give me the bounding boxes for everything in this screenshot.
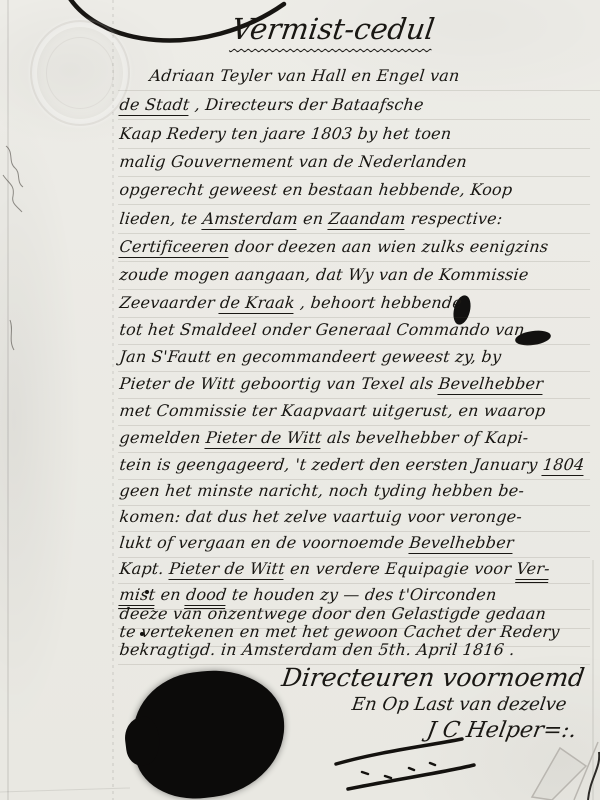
manuscript-line: Certificeeren door deezen aan wien zulks…: [118, 235, 593, 262]
double-underlined-text: Ver-: [515, 559, 551, 583]
line-text: Jan S'Fautt en gecommandeert geweest zy,…: [119, 347, 503, 366]
line-text: en verdere Equipagie voor: [284, 559, 517, 578]
underlined-text: Certificeeren: [118, 237, 230, 258]
manuscript-line: opgerecht geweest en bestaan hebbende, K…: [118, 178, 593, 205]
underlined-text: Amsterdam: [201, 209, 298, 230]
manuscript-line: malig Gouvernement van de Nederlanden: [118, 150, 593, 177]
closing-line-on-behalf: En Op Last van dezelve: [350, 694, 567, 715]
manuscript-line: tot het Smaldeel onder Generaal Commando…: [118, 318, 593, 345]
closing-text: Directeuren voornoemd: [280, 663, 586, 692]
line-text: bekragtigd. in Amsterdam den 5th. April …: [119, 640, 516, 659]
line-text: Zeevaarder: [119, 293, 221, 312]
underlined-text: de Kraak: [219, 293, 296, 314]
document-title: Vermist-cedul: [230, 12, 437, 46]
manuscript-line: met Commissie ter Kaapvaart uitgerust, e…: [118, 399, 593, 426]
document-title-text: Vermist-cedul: [230, 12, 437, 46]
line-text: geen het minste naricht, noch tyding heb…: [119, 481, 526, 500]
line-text: komen: dat dus het zelve vaartuig voor v…: [119, 507, 523, 526]
pencil-sketch: [532, 742, 599, 800]
line-text: door deezen aan wien zulks eenigzins: [229, 237, 550, 256]
underlined-text: de Stadt: [118, 95, 190, 116]
underlined-text: Zaandam: [327, 209, 406, 230]
line-text: malig Gouvernement van de Nederlanden: [119, 152, 468, 171]
manuscript-line: lieden, te Amsterdam en Zaandam respecti…: [118, 207, 593, 234]
signature: J C Helper=:.: [424, 718, 578, 743]
underlined-text: Bevelhebber: [437, 374, 544, 395]
manuscript-line: Kapt. Pieter de Witt en verdere Equipagi…: [118, 557, 593, 584]
line-text: Kaap Redery ten jaare 1803 by het toen: [119, 124, 453, 143]
signature-flourish: [336, 739, 474, 789]
underlined-text: 1804: [542, 455, 586, 476]
line-text: , Directeurs der Bataafsche: [189, 95, 425, 114]
manuscript-line: tein is geengageerd, 't zedert den eerst…: [118, 453, 593, 480]
line-text: respective:: [405, 209, 504, 228]
embossed-stamp: [30, 20, 130, 126]
line-text: tein is geengageerd, 't zedert den eerst…: [119, 455, 544, 474]
line-text: als bevelhebber of Kapi-: [321, 428, 530, 447]
closing-text: En Op Last van dezelve: [350, 694, 567, 715]
manuscript-line: lukt of vergaan en de voornoemde Bevelhe…: [118, 531, 593, 558]
manuscript-line: zoude mogen aangaan, dat Wy van de Kommi…: [118, 263, 593, 290]
manuscript-line: Adriaan Teyler van Hall en Engel van: [118, 64, 600, 91]
line-text: Kapt.: [119, 559, 171, 578]
manuscript-line: bekragtigd. in Amsterdam den 5th. April …: [118, 638, 593, 665]
manuscript-line: Jan S'Fautt en gecommandeert geweest zy,…: [118, 345, 593, 372]
underlined-text: Bevelhebber: [408, 533, 515, 554]
line-text: lukt of vergaan en de voornoemde: [119, 533, 411, 552]
manuscript-line: de Stadt , Directeurs der Bataafsche: [118, 93, 593, 120]
line-text: opgerecht geweest en bestaan hebbende, K…: [119, 180, 514, 199]
manuscript-line: Zeevaarder de Kraak , behoort hebbende: [118, 291, 593, 318]
signature-text: J C Helper=:.: [424, 718, 578, 743]
manuscript-line: Kaap Redery ten jaare 1803 by het toen: [118, 122, 593, 149]
manuscript-line: komen: dat dus het zelve vaartuig voor v…: [118, 505, 593, 532]
line-text: , behoort hebbende: [294, 293, 463, 312]
line-text: en: [297, 209, 330, 228]
line-text: lieden, te: [119, 209, 204, 228]
manuscript-page: Vermist-cedul Adriaan Teyler van Hall en…: [0, 0, 600, 800]
line-text: met Commissie ter Kaapvaart uitgerust, e…: [119, 401, 547, 420]
manuscript-line: geen het minste naricht, noch tyding heb…: [118, 479, 593, 506]
underlined-text: Pieter de Witt: [168, 559, 286, 580]
margin-scribble: [3, 146, 23, 350]
closing-line-directors: Directeuren voornoemd: [280, 663, 586, 692]
line-text: tot het Smaldeel onder Generaal Commando…: [119, 320, 526, 339]
underlined-text: Pieter de Witt: [205, 428, 323, 449]
manuscript-line: gemelden Pieter de Witt als bevelhebber …: [118, 426, 593, 453]
line-text: Adriaan Teyler van Hall en Engel van: [149, 66, 461, 85]
line-text: gemelden: [119, 428, 207, 447]
line-text: Pieter de Witt geboortig van Texel als: [119, 374, 440, 393]
line-text: zoude mogen aangaan, dat Wy van de Kommi…: [119, 265, 530, 284]
manuscript-line: Pieter de Witt geboortig van Texel als B…: [118, 372, 593, 399]
